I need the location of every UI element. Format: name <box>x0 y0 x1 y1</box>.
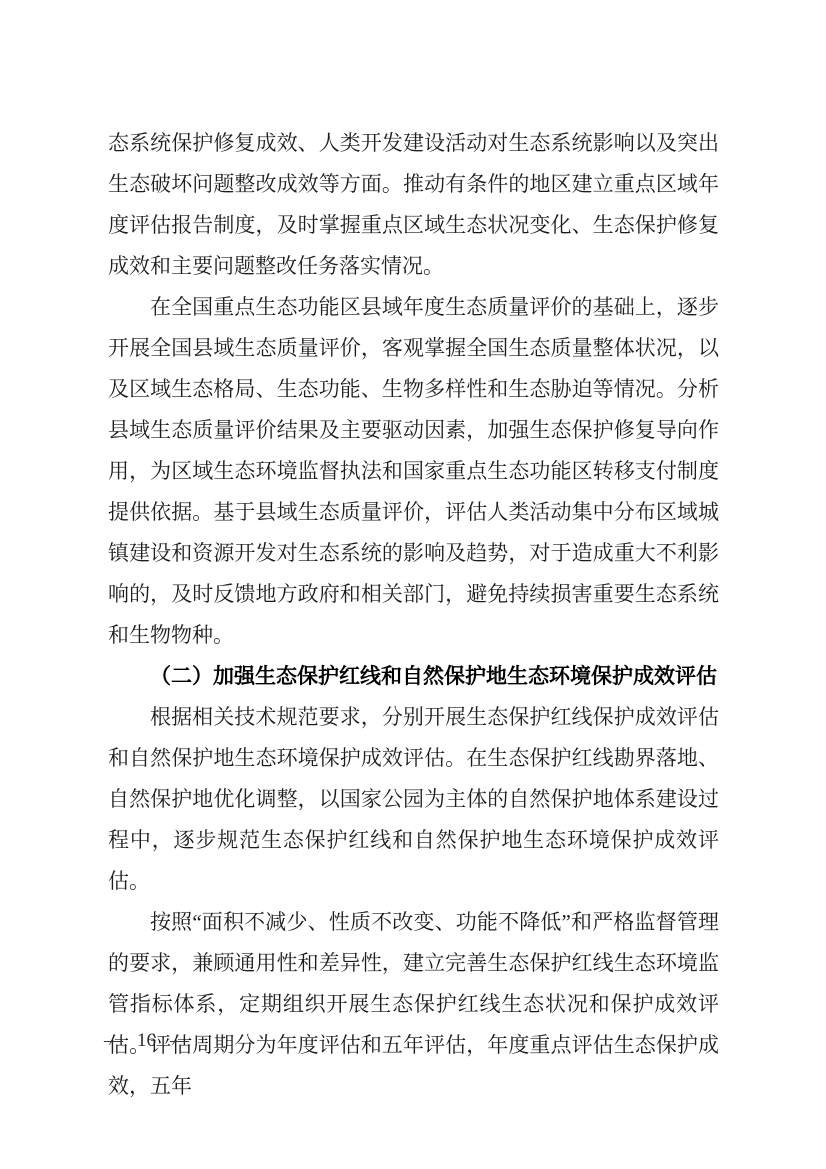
page-footer: — 16 — <box>104 1030 189 1052</box>
document-page: 态系统保护修复成效、人类开发建设活动对生态系统影响以及突出生态破坏问题整改成效等… <box>0 0 826 1169</box>
paragraph-redline-scope: 根据相关技术规范要求，分别开展生态保护红线保护成效评估和自然保护地生态环境保护成… <box>108 697 719 902</box>
document-body: 态系统保护修复成效、人类开发建设活动对生态系统影响以及突出生态破坏问题整改成效等… <box>108 123 719 1107</box>
paragraph-continuation: 态系统保护修复成效、人类开发建设活动对生态系统影响以及突出生态破坏问题整改成效等… <box>108 123 719 287</box>
footer-dash-right: — <box>170 1030 189 1052</box>
paragraph-redline-requirements: 按照“面积不减少、性质不改变、功能不降低”和严格监督管理的要求，兼顾通用性和差异… <box>108 902 719 1107</box>
paragraph-county-quality-eval: 在全国重点生态功能区县域年度生态质量评价的基础上，逐步开展全国县域生态质量评价，… <box>108 287 719 656</box>
footer-dash-left: — <box>104 1030 123 1052</box>
page-number: 16 <box>137 1030 156 1052</box>
section-heading-redline: （二）加强生态保护红线和自然保护地生态环境保护成效评估 <box>108 656 719 697</box>
